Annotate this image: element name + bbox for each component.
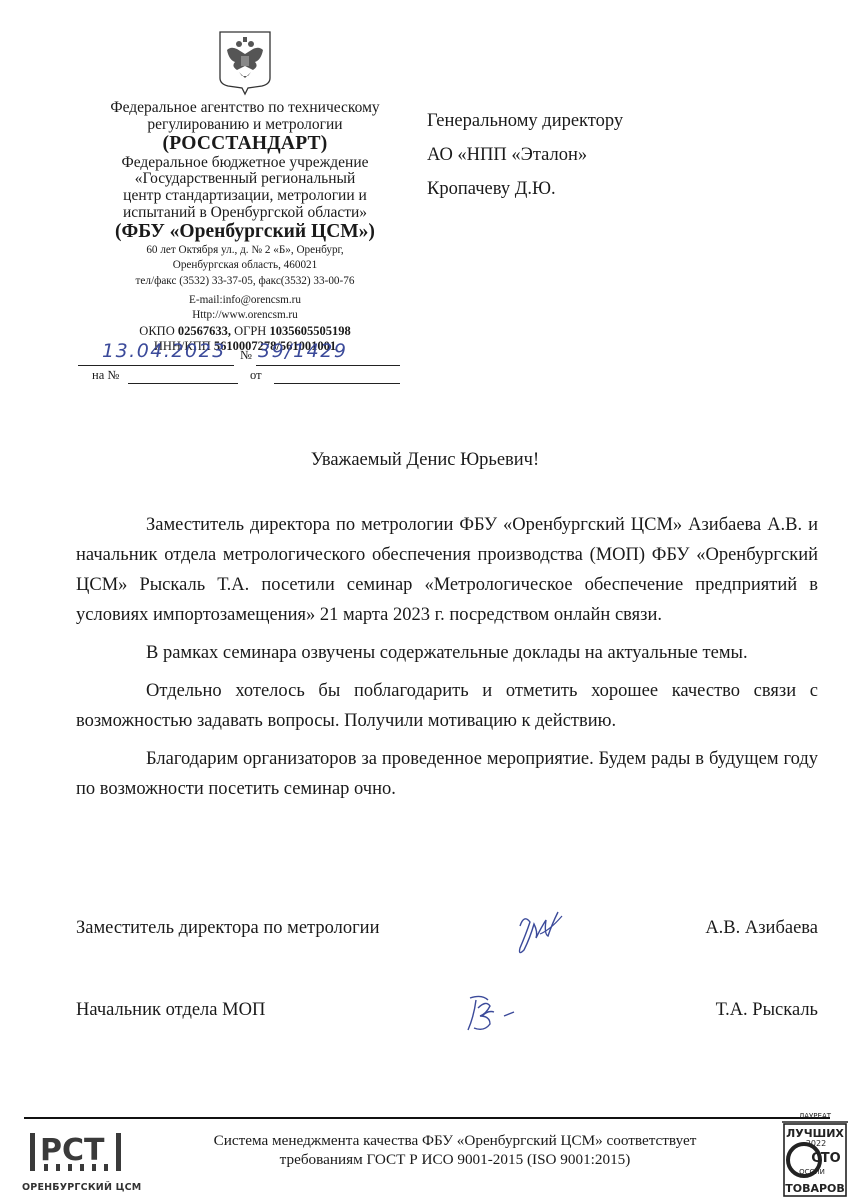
award-sub-text: ОССИИ	[799, 1168, 825, 1176]
agency-name-line: Федеральное агентство по техническому	[80, 100, 410, 117]
from-label: от	[250, 368, 262, 383]
addressee-company: АО «НПП «Эталон»	[427, 138, 623, 172]
address-line: Оренбургская область, 460021	[80, 258, 410, 274]
quality-statement: Система менеджмента качества ФБУ «Оренбу…	[160, 1131, 750, 1169]
okpo-value: 02567633,	[178, 324, 231, 338]
org-name-line: испытаний в Оренбургской области»	[80, 205, 410, 222]
reply-date-field	[274, 383, 400, 384]
quality-line: требованиям ГОСТ Р ИСО 9001-2015 (ISO 90…	[160, 1150, 750, 1169]
address-line: 60 лет Октября ул., д. № 2 «Б», Оренбург…	[80, 243, 410, 259]
signer-name: Т.А. Рыскаль	[716, 1000, 818, 1021]
signature-row: Начальник отдела МОП Т.А. Рыскаль	[76, 992, 818, 1032]
agency-name-line: регулированию и метрологии	[80, 117, 410, 134]
outgoing-date: 13.04.2023	[102, 340, 226, 362]
ogrn-label: ОГРН	[231, 324, 269, 338]
addressee-position: Генеральному директору	[427, 104, 623, 138]
org-name-line: центр стандартизации, метрологии и	[80, 188, 410, 205]
letterhead: Федеральное агентство по техническому ре…	[80, 30, 410, 355]
body-paragraph: В рамках семинара озвучены содержательны…	[76, 638, 818, 668]
signature-row: Заместитель директора по метрологии А.В.…	[76, 910, 818, 950]
email: E-mail:info@orencsm.ru	[80, 293, 410, 309]
phone-fax: тел/факс (3532) 33-37-05, факс(3532) 33-…	[80, 274, 410, 290]
addressee-block: Генеральному директору АО «НПП «Эталон» …	[427, 104, 623, 206]
best-goods-award-icon: ЛАУРЕАТ ЛУЧШИХ 2022 СТО ОССИИ ТОВАРОВ	[782, 1110, 848, 1198]
award-line2-text: ТОВАРОВ	[785, 1182, 845, 1195]
ogrn-value: 1035605505198	[269, 324, 350, 338]
rst-logo-caption: ОРЕНБУРГСКИЙ ЦСМ	[22, 1182, 141, 1193]
signer-role: Начальник отдела МОП	[76, 1000, 265, 1021]
signer-name: А.В. Азибаева	[705, 918, 818, 939]
reply-to-label: на №	[92, 368, 119, 383]
handwritten-signature-icon	[460, 986, 540, 1042]
agency-short-name: (РОССТАНДАРТ)	[80, 133, 410, 154]
body-paragraph: Благодарим организаторов за проведенное …	[76, 744, 818, 804]
award-mid-text: СТО	[811, 1151, 840, 1166]
outgoing-number: 39/1429	[258, 340, 347, 362]
award-year-text: 2022	[806, 1139, 826, 1148]
date-underline	[78, 365, 234, 366]
greeting: Уважаемый Денис Юрьевич!	[0, 450, 850, 471]
body-paragraph: Заместитель директора по метрологии ФБУ …	[76, 510, 818, 630]
letter-body: Заместитель директора по метрологии ФБУ …	[76, 510, 818, 804]
number-underline	[256, 365, 400, 366]
org-name-line: «Государственный региональный	[80, 171, 410, 188]
russian-coat-of-arms-icon	[217, 30, 273, 96]
footer-divider	[24, 1117, 830, 1119]
body-paragraph: Отдельно хотелось бы поблагодарить и отм…	[76, 676, 818, 736]
number-label: №	[240, 348, 252, 363]
svg-text:PCT: PCT	[40, 1133, 105, 1168]
handwritten-signature-icon	[506, 904, 586, 960]
org-short-name: (ФБУ «Оренбургский ЦСМ»)	[80, 221, 410, 242]
addressee-name: Кропачеву Д.Ю.	[427, 172, 623, 206]
org-name-line: Федеральное бюджетное учреждение	[80, 155, 410, 172]
award-top-text: ЛАУРЕАТ	[799, 1112, 832, 1120]
outgoing-registration: 13.04.2023 № 39/1429	[78, 342, 400, 368]
signer-role: Заместитель директора по метрологии	[76, 918, 379, 939]
website: Http://www.orencsm.ru	[80, 308, 410, 324]
okpo-label: ОКПО	[139, 324, 178, 338]
reply-number-field	[128, 383, 238, 384]
okpo-ogrn: ОКПО 02567633, ОГРН 1035605505198	[80, 324, 410, 340]
quality-line: Система менеджмента качества ФБУ «Оренбу…	[160, 1131, 750, 1150]
reply-registration: на № от	[78, 368, 400, 388]
